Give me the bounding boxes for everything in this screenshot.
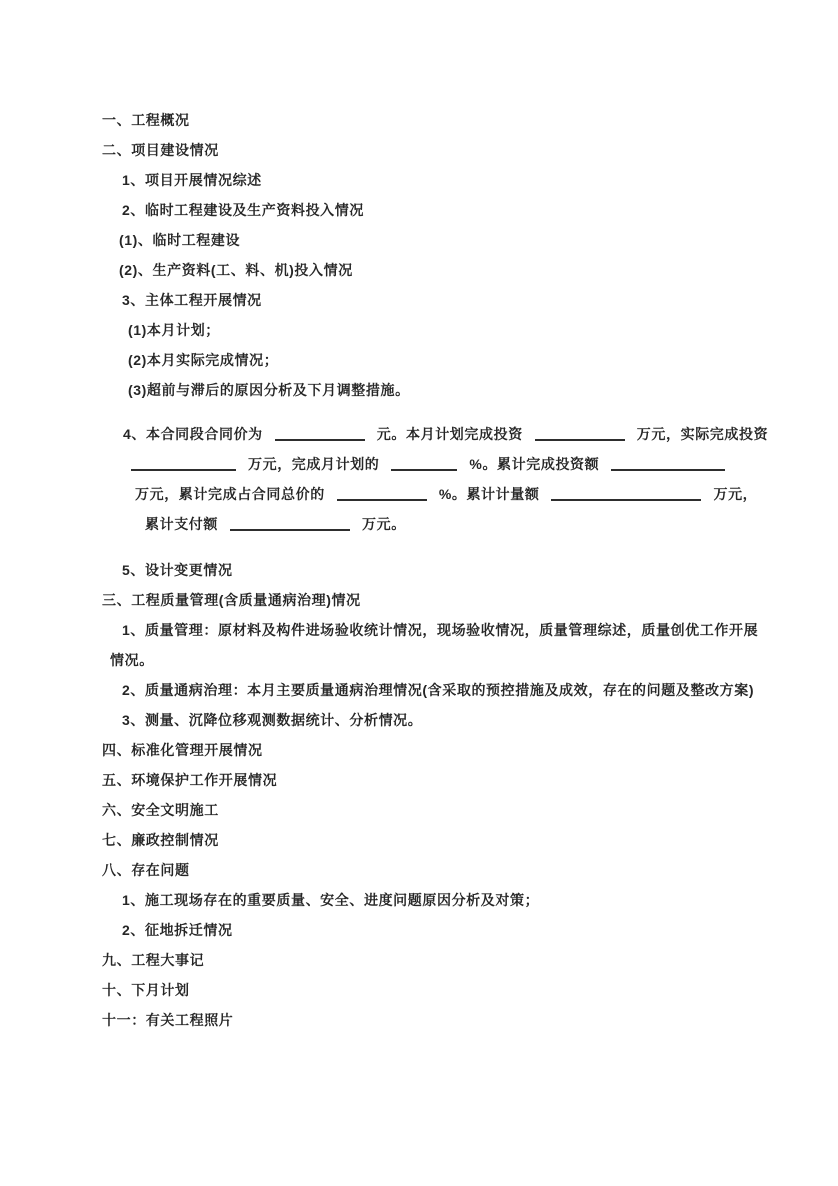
doc-text: (2)、生产资料(工、料、机)投入情况 (119, 262, 353, 278)
doc-text: 5、设计变更情况 (122, 562, 233, 578)
doc-text: (3)超前与滞后的原因分析及下月调整措施。 (128, 382, 410, 398)
doc-line: (1)本月计划； (0, 315, 838, 345)
document-body: 一、工程概况二、项目建设情况1、项目开展情况综述2、临时工程建设及生产资料投入情… (0, 0, 838, 1035)
doc-text: 2、征地拆迁情况 (122, 922, 233, 938)
fill-in-blank (230, 515, 350, 531)
doc-line: 万元，累计完成占合同总价的%。累计计量额万元， (0, 479, 838, 509)
doc-text: 七、廉政控制情况 (102, 832, 219, 848)
doc-text: (1)本月计划； (128, 322, 220, 338)
section-heading-line: 八、存在问题 (0, 855, 838, 885)
doc-line: 2、征地拆迁情况 (0, 915, 838, 945)
doc-line: 3、主体工程开展情况 (0, 285, 838, 315)
doc-line: (3)超前与滞后的原因分析及下月调整措施。 (0, 375, 838, 405)
doc-line: 累计支付额万元。 (0, 509, 838, 539)
doc-text: 累计支付额 (145, 516, 218, 532)
doc-line: (2)、生产资料(工、料、机)投入情况 (0, 255, 838, 285)
doc-text: %。累计完成投资额 (469, 456, 599, 472)
doc-line: 1、项目开展情况综述 (0, 165, 838, 195)
section-heading-line: 十一：有关工程照片 (0, 1005, 838, 1035)
doc-text: 三、工程质量管理(含质量通病治理)情况 (102, 592, 361, 608)
doc-line: 情况。 (0, 645, 838, 675)
doc-text: 3、主体工程开展情况 (122, 292, 262, 308)
section-heading-line: 三、工程质量管理(含质量通病治理)情况 (0, 585, 838, 615)
fill-in-blank (551, 485, 701, 501)
doc-text: 一、工程概况 (102, 112, 190, 128)
doc-text: (2)本月实际完成情况； (128, 352, 278, 368)
doc-text: 4、本合同段合同价为 (123, 426, 263, 442)
section-heading-line: 九、工程大事记 (0, 945, 838, 975)
doc-text: 六、安全文明施工 (102, 802, 219, 818)
section-heading-line: 二、项目建设情况 (0, 135, 838, 165)
document-page: 一、工程概况二、项目建设情况1、项目开展情况综述2、临时工程建设及生产资料投入情… (0, 0, 838, 1186)
doc-text: 十一：有关工程照片 (102, 1012, 233, 1028)
doc-text: 万元，实际完成投资 (637, 426, 768, 442)
fill-in-blank (535, 425, 625, 441)
doc-text: 万元， (713, 486, 757, 502)
doc-text: 3、测量、沉降位移观测数据统计、分析情况。 (122, 712, 422, 728)
doc-text: 九、工程大事记 (102, 952, 204, 968)
section-heading-line: 十、下月计划 (0, 975, 838, 1005)
doc-line: 2、质量通病治理：本月主要质量通病治理情况(含采取的预控措施及成效，存在的问题及… (0, 675, 838, 705)
doc-text: 万元，完成月计划的 (248, 456, 379, 472)
doc-text: %。累计计量额 (439, 486, 540, 502)
fill-in-blank (611, 455, 725, 471)
fill-in-blank (275, 425, 365, 441)
section-heading-line: 六、安全文明施工 (0, 795, 838, 825)
doc-text: 元。本月计划完成投资 (377, 426, 523, 442)
doc-text: 1、施工现场存在的重要质量、安全、进度问题原因分析及对策； (122, 892, 539, 908)
fill-in-blank (391, 455, 457, 471)
doc-line: 1、施工现场存在的重要质量、安全、进度问题原因分析及对策； (0, 885, 838, 915)
doc-text: 2、质量通病治理：本月主要质量通病治理情况(含采取的预控措施及成效，存在的问题及… (122, 682, 754, 698)
doc-text: 2、临时工程建设及生产资料投入情况 (122, 202, 364, 218)
fill-in-blank (131, 455, 236, 471)
doc-line: 5、设计变更情况 (0, 555, 838, 585)
doc-text: 五、环境保护工作开展情况 (102, 772, 277, 788)
section-heading-line: 四、标准化管理开展情况 (0, 735, 838, 765)
fill-in-blank (337, 485, 427, 501)
doc-text: 十、下月计划 (102, 982, 190, 998)
section-heading-line: 七、廉政控制情况 (0, 825, 838, 855)
doc-text: 八、存在问题 (102, 862, 190, 878)
doc-text: 万元，累计完成占合同总价的 (135, 486, 325, 502)
doc-text: 1、项目开展情况综述 (122, 172, 262, 188)
section-heading-line: 五、环境保护工作开展情况 (0, 765, 838, 795)
doc-line: 1、质量管理：原材料及构件进场验收统计情况，现场验收情况，质量管理综述，质量创优… (0, 615, 838, 645)
doc-line: 2、临时工程建设及生产资料投入情况 (0, 195, 838, 225)
doc-text: 1、质量管理：原材料及构件进场验收统计情况，现场验收情况，质量管理综述，质量创优… (122, 622, 758, 638)
doc-text: 四、标准化管理开展情况 (102, 742, 263, 758)
doc-text: 情况。 (110, 652, 154, 668)
doc-line: 3、测量、沉降位移观测数据统计、分析情况。 (0, 705, 838, 735)
section-heading-line: 一、工程概况 (0, 105, 838, 135)
doc-line: (1)、临时工程建设 (0, 225, 838, 255)
doc-line: 万元，完成月计划的%。累计完成投资额 (0, 449, 838, 479)
doc-line: 4、本合同段合同价为元。本月计划完成投资万元，实际完成投资 (0, 419, 838, 449)
doc-text: 二、项目建设情况 (102, 142, 219, 158)
doc-text: 万元。 (362, 516, 406, 532)
doc-text: (1)、临时工程建设 (119, 232, 240, 248)
doc-line: (2)本月实际完成情况； (0, 345, 838, 375)
